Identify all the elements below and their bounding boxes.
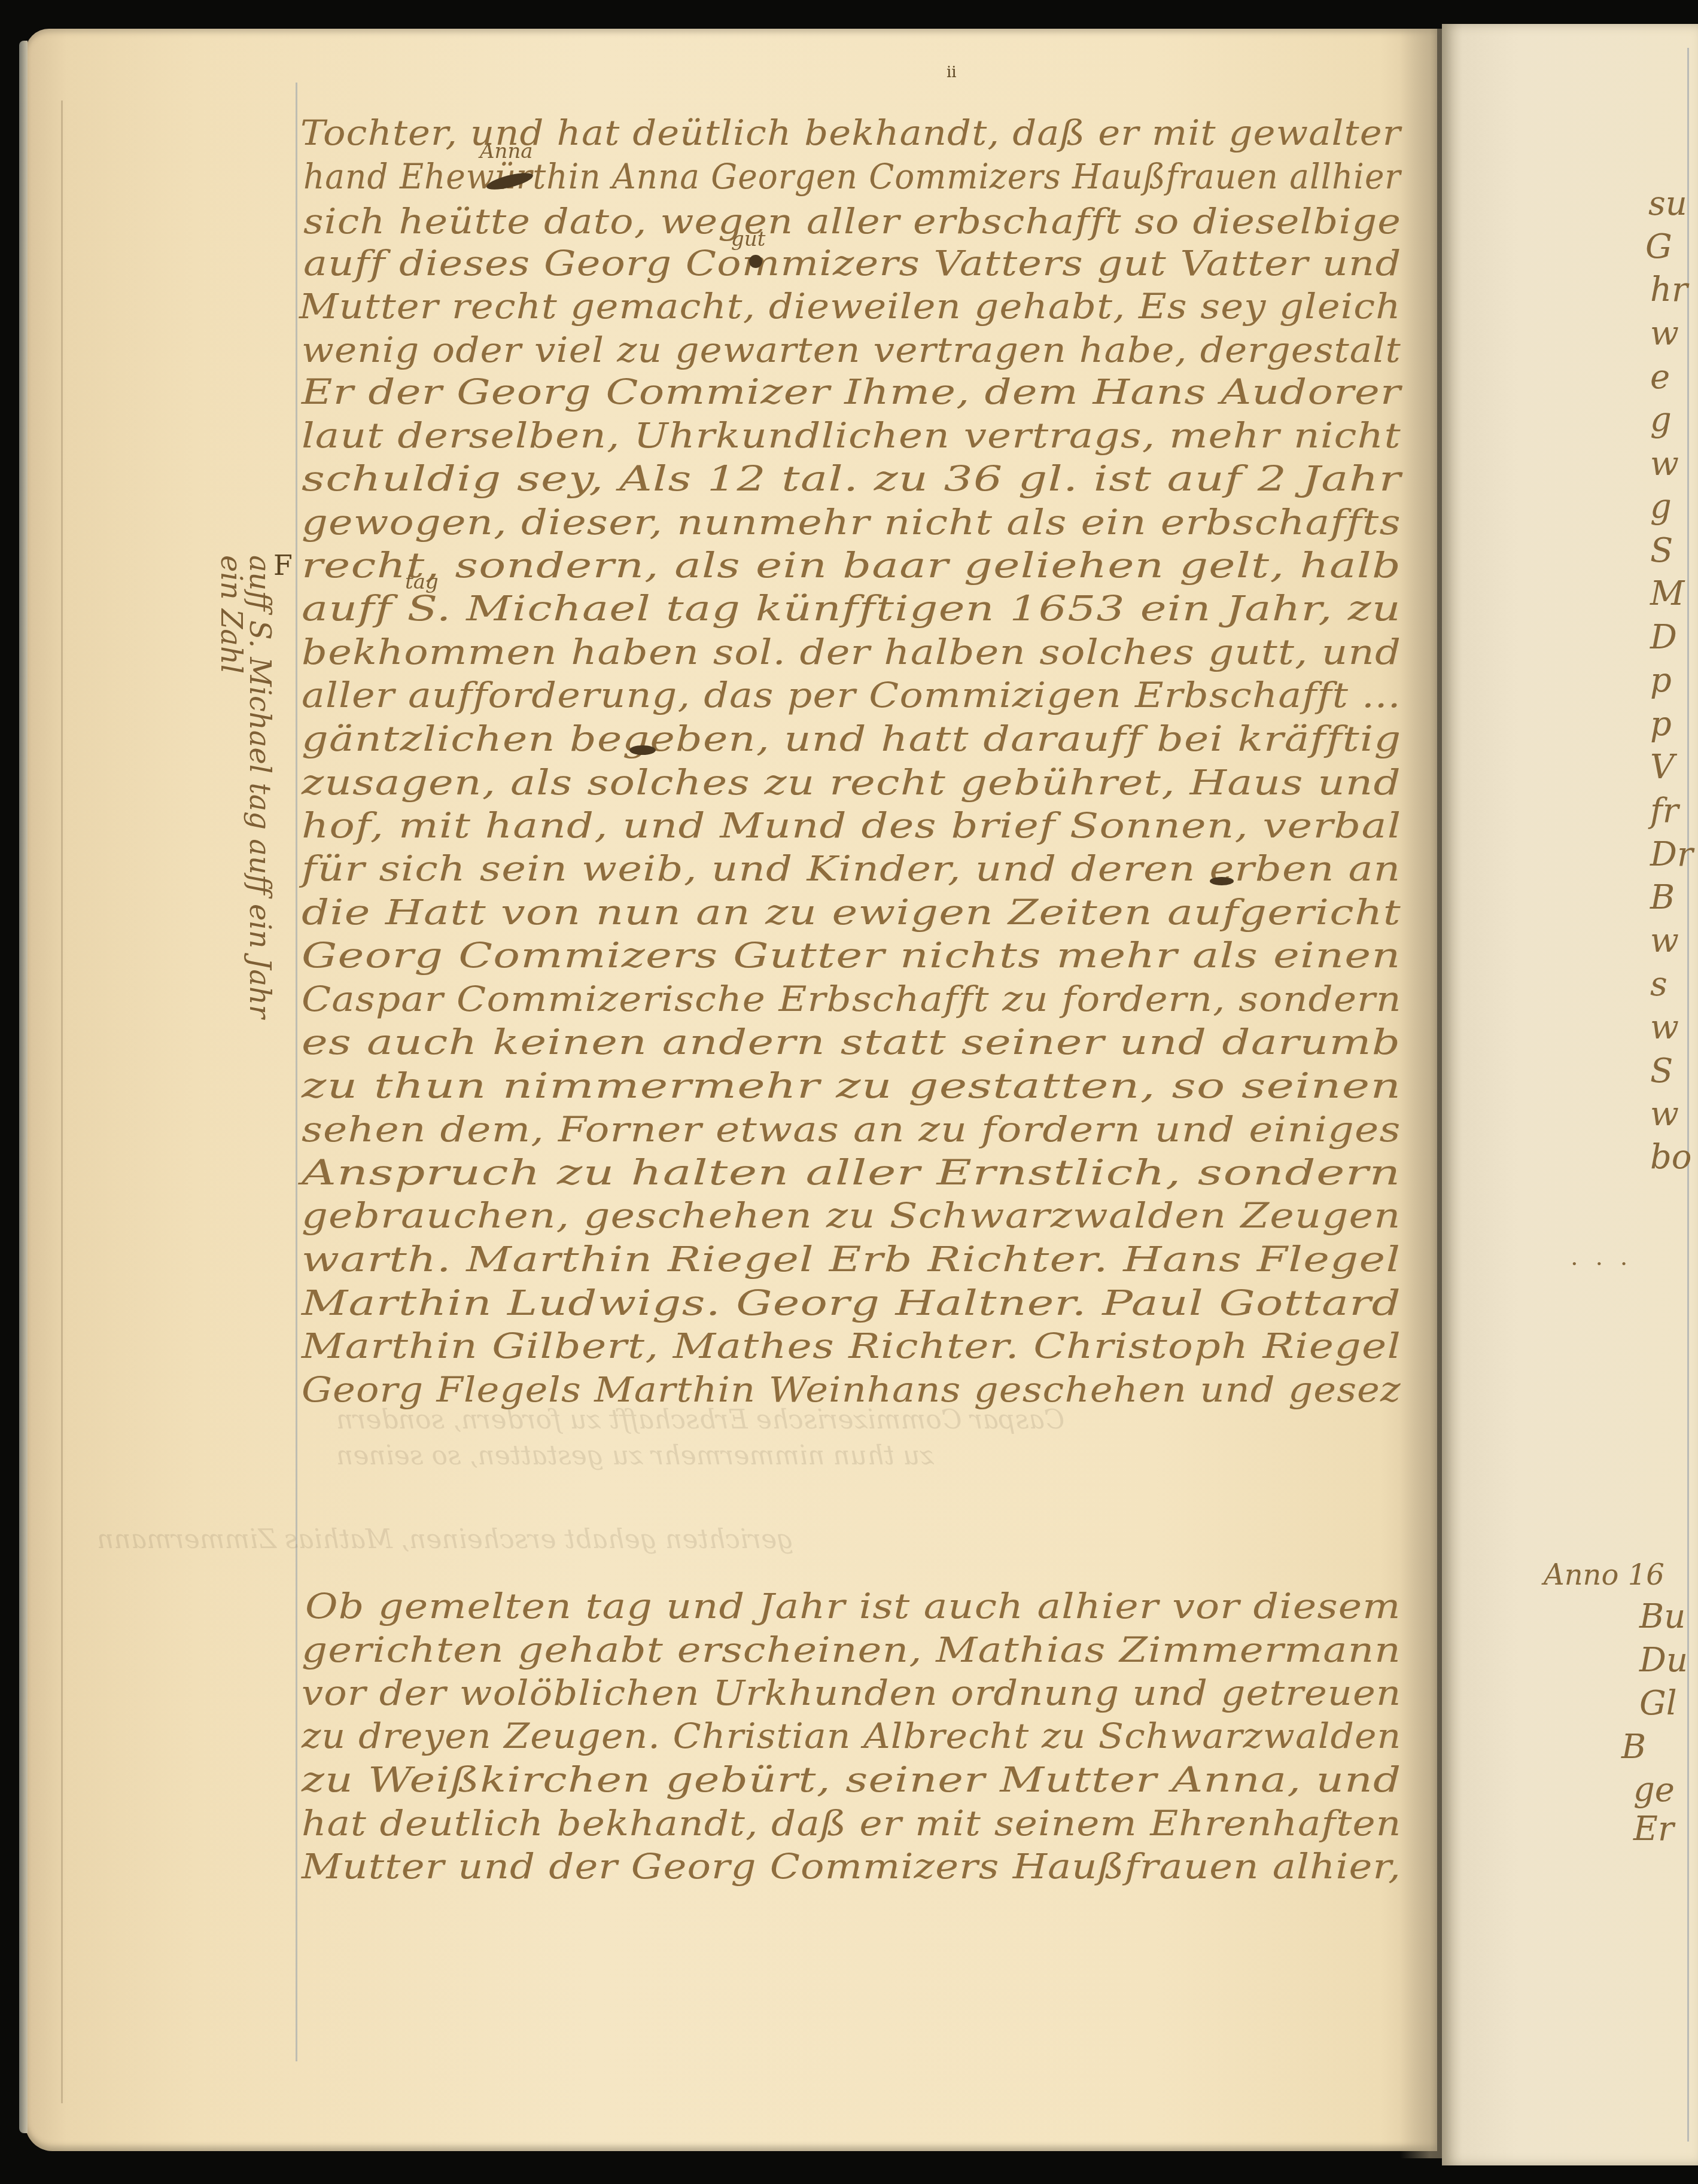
text-fragment: w [1650,444,1679,483]
text-fragment: g [1650,401,1672,440]
text-fragment: S [1650,1052,1673,1091]
margin-ruling-line [1687,48,1689,2142]
text-line: hat deutlich bekhandt, daß er mit seinem… [302,1804,1401,1842]
text-fragment: w [1650,1095,1679,1134]
text-line: zu Weißkirchen gebürt, seiner Mutter Ann… [302,1760,1401,1799]
text-line: gerichten gehabt erscheinen, Mathias Zim… [302,1631,1401,1669]
text-fragment: su [1648,184,1687,223]
text-fragment: fr [1650,791,1679,830]
left-page: Caspar Commizerische Erbschafft zu forde… [25,29,1437,2151]
text-line: Mutter und der Georg Commizers Haußfraue… [302,1847,1401,1886]
text-fragment: D [1650,618,1677,657]
text-fragment: bo [1650,1138,1692,1177]
text-fragment: p [1650,661,1672,700]
text-fragment: g [1650,488,1672,526]
text-line: zu dreyen Zeugen. Christian Albrecht zu … [302,1717,1401,1755]
dotted-leader: · · · [1571,1250,1633,1278]
manuscript-scan: Caspar Commizerische Erbschafft zu forde… [0,0,1698,2184]
text-fragment: w [1650,314,1679,353]
text-fragment: p [1650,705,1672,744]
right-margin-heading: Anno 16 [1544,1558,1664,1592]
text-fragment: B [1650,878,1675,917]
text-fragment: ge [1633,1771,1675,1810]
text-fragment: Dr [1650,835,1693,874]
text-fragment: e [1650,358,1670,397]
text-fragment: G [1645,227,1672,266]
text-fragment: w [1650,921,1679,960]
text-fragment: s [1650,965,1667,1004]
right-page: su G hr w e g w g S M D p p V fr Dr B w … [1442,24,1698,2165]
text-fragment: Gl [1639,1684,1677,1723]
text-line: vor der wolöblichen Urkhunden ordnung un… [302,1674,1401,1712]
text-fragment: S [1650,531,1673,570]
text-fragment: Bu [1639,1597,1685,1636]
text-fragment: Du [1639,1641,1688,1680]
paragraph-2: Ob gemelten tag und Jahr ist auch alhier… [25,29,1437,2151]
text-fragment: B [1621,1728,1646,1766]
text-fragment: Er [1633,1810,1674,1848]
text-fragment: V [1650,748,1674,787]
text-fragment: hr [1650,270,1688,309]
text-line: Ob gemelten tag und Jahr ist auch alhier… [305,1587,1401,1625]
text-fragment: w [1650,1008,1679,1047]
text-fragment: M [1650,574,1684,613]
